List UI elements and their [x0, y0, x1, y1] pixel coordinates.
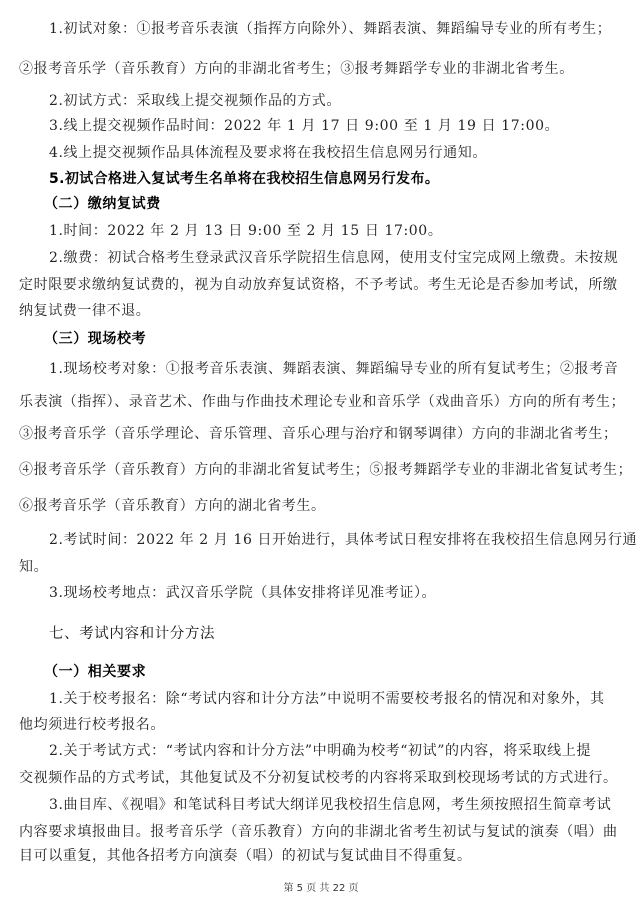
- body-text-line: 3.现场校考地点：武汉音乐学院（具体安排将详见准考证）。: [49, 584, 436, 602]
- body-text-line: 2.考试时间：2022 年 2 月 16 日开始进行，具体考试日程安排将在我校招…: [49, 531, 637, 549]
- subsection-heading: （二）缴纳复试费: [44, 195, 161, 213]
- body-text-line: 4.线上提交视频作品具体流程及要求将在我校招生信息网另行通知。: [49, 144, 487, 162]
- page-footer: 第 5 页 共 22 页: [0, 879, 642, 894]
- body-text-line: 乐表演（指挥）、录音艺术、作曲与作曲技术理论专业和音乐学（戏曲音乐）方向的所有考…: [19, 393, 625, 411]
- body-text-line: 1.关于校考报名：除“考试内容和计分方法”中说明不需要校考报名的情况和对象外，其: [49, 690, 605, 708]
- body-text-line: 1.时间：2022 年 2 月 13 日 9:00 至 2 月 15 日 17:…: [49, 222, 442, 240]
- subsection-heading: （一）相关要求: [44, 663, 146, 681]
- body-text-line: 3.线上提交视频作品时间：2022 年 1 月 17 日 9:00 至 1 月 …: [49, 117, 559, 135]
- body-text-line: 纳复试费一律不退。: [19, 302, 150, 320]
- body-text-line: 内容要求填报曲目。报考音乐学（音乐教育）方向的非湖北省考生初试与复试的演奏（唱）…: [19, 823, 618, 841]
- body-text-line: ②报考音乐学（音乐教育）方向的非湖北省考生；③报考舞蹈学专业的非湖北省考生。: [19, 60, 574, 78]
- body-text-line: 目可以重复，其他各招考方向演奏（唱）的初试与复试曲目不得重复。: [19, 847, 472, 865]
- body-text-line: 2.关于考试方式：“考试内容和计分方法”中明确为校考“初试”的内容，将采取线上提: [49, 742, 591, 760]
- body-text-line: 1.现场校考对象：①报考音乐表演、舞蹈表演、舞蹈编导专业的所有复试考生；②报考音: [49, 360, 618, 378]
- body-text-line: 定时限要求缴纳复试费的，视为自动放弃复试资格，不予考试。考生无论是否参加考试，所…: [19, 276, 618, 294]
- body-text-line: 他均须进行校考报名。: [19, 716, 165, 734]
- body-text-line: 2.缴费：初试合格考生登录武汉音乐学院招生信息网，使用支付宝完成网上缴费。未按规: [49, 249, 618, 267]
- body-text-line: ④报考音乐学（音乐教育）方向的非湖北省复试考生；⑤报考舞蹈学专业的非湖北省复试考…: [19, 461, 632, 479]
- subsection-heading: （三）现场校考: [44, 330, 146, 348]
- section-heading: 七、考试内容和计分方法: [49, 625, 215, 643]
- body-text-line: 3.曲目库、《视唱》和笔试科目考试大纲详见我校招生信息网，考生须按照招生简章考试: [49, 796, 611, 814]
- body-text-line: ③报考音乐学（音乐学理论、音乐管理、音乐心理与治疗和钢琴调律）方向的非湖北省考生…: [19, 425, 618, 443]
- body-text-line: 1.初试对象：①报考音乐表演（指挥方向除外）、舞蹈表演、舞蹈编导专业的所有考生；: [49, 20, 611, 38]
- body-text-line: 2.初试方式：采取线上提交视频作品的方式。: [49, 92, 341, 110]
- bold-text-line: 5.初试合格进入复试考生名单将在我校招生信息网另行发布。: [49, 170, 439, 188]
- body-text-line: 知。: [19, 558, 48, 576]
- body-text-line: 交视频作品的方式考试，其他复试及不分初复试校考的内容将采取到校现场考试的方式进行…: [19, 769, 618, 787]
- body-text-line: ⑥报考音乐学（音乐教育）方向的湖北省考生。: [19, 497, 326, 515]
